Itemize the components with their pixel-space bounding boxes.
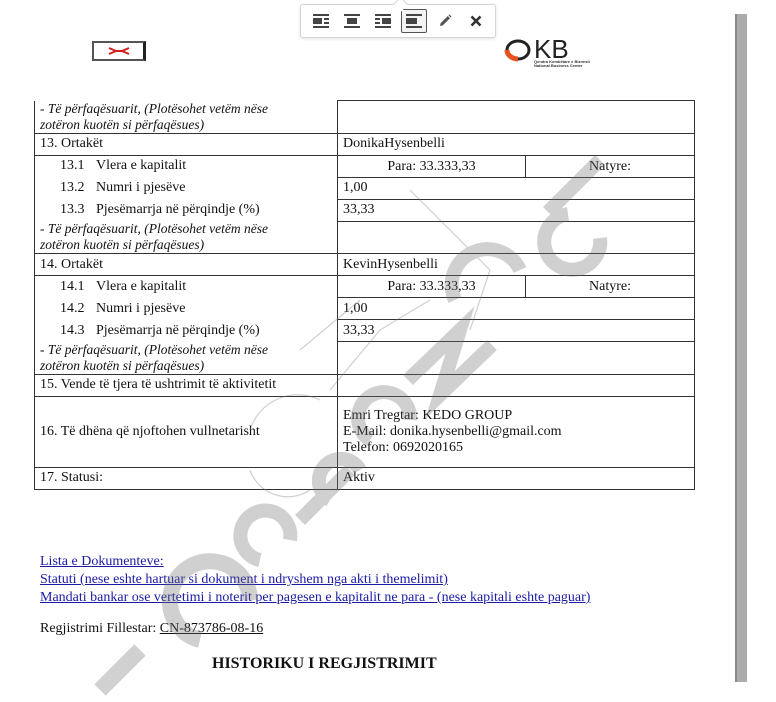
partner-label: 14. Ortakët [35, 254, 338, 276]
logo-subtitle: Qendra Kombëtare e Biznesit National Bus… [534, 60, 614, 68]
percentage-label: 13.3Pjesëmarrja në përqindje (%) [35, 199, 338, 221]
capital-value: Para: 33.333,33 Natyre: [338, 276, 695, 298]
phone: Telefon: 0692020165 [343, 440, 689, 456]
representative-label: - Të përfaqësuarit, (Plotësohet vetëm në… [35, 221, 338, 254]
capital-money: Para: 33.333,33 [338, 276, 526, 297]
shares-label: 13.2Numri i pjesëve [35, 177, 338, 199]
percentage-value: 33,33 [338, 320, 695, 342]
align-center-icon [344, 14, 360, 28]
table-row: 14. Ortakët KevinHysenbelli [35, 254, 695, 276]
vertical-scrollbar[interactable] [735, 14, 747, 682]
align-right-button[interactable] [370, 9, 396, 33]
status-value: Aktiv [338, 467, 695, 489]
history-title: HISTORIKU I REGJISTRIMIT [212, 655, 437, 673]
table-row: - Të përfaqësuarit, (Plotësohet vetëm në… [35, 221, 695, 254]
partner-name: KevinHysenbelli [338, 254, 695, 276]
okb-logo: KB Qendra Kombëtare e Biznesit National … [504, 38, 614, 70]
representative-value [338, 342, 695, 375]
capital-money: Para: 33.333,33 [338, 156, 526, 177]
table-row: 14.3Pjesëmarrja në përqindje (%) 33,33 [35, 320, 695, 342]
align-center-button[interactable] [339, 9, 365, 33]
status-label: 17. Statusi: [35, 467, 338, 489]
close-icon [470, 15, 482, 27]
initial-registration: Regjistrimi Fillestar: CN-873786-08-16 [40, 621, 263, 637]
initial-registration-label: Regjistrimi Fillestar: [40, 621, 160, 636]
documents-header-link[interactable]: Lista e Dokumenteve: [40, 553, 590, 571]
table-row: - Të përfaqësuarit, (Plotësohet vetëm në… [35, 101, 695, 134]
align-left-button[interactable] [308, 9, 334, 33]
capital-value: Para: 33.333,33 Natyre: [338, 155, 695, 177]
voluntary-info-value: Emri Tregtar: KEDO GROUP E-Mail: donika.… [338, 396, 695, 467]
align-right-icon [375, 14, 391, 28]
table-row: 14.2Numri i pjesëve 1,00 [35, 298, 695, 320]
other-locations-label: 15. Vende të tjera të ushtrimit të aktiv… [35, 374, 338, 396]
trade-name: Emri Tregtar: KEDO GROUP [343, 408, 689, 424]
capital-nature: Natyre: [526, 276, 694, 297]
bank-mandate-link[interactable]: Mandati bankar ose vertetimi i noterit p… [40, 589, 590, 607]
broken-image[interactable] [92, 41, 146, 61]
registration-code: CN-873786-08-16 [160, 621, 263, 636]
edit-button[interactable] [432, 9, 458, 33]
email: E-Mail: donika.hysenbelli@gmail.com [343, 424, 689, 440]
pencil-icon [438, 14, 452, 28]
align-left-icon [313, 14, 329, 28]
representative-value [338, 101, 695, 134]
capital-label: 14.1Vlera e kapitalit [35, 276, 338, 298]
logo-o-mark [504, 38, 532, 62]
table-row: 13.2Numri i pjesëve 1,00 [35, 177, 695, 199]
table-row: - Të përfaqësuarit, (Plotësohet vetëm në… [35, 342, 695, 375]
table-row: 15. Vende të tjera të ushtrimit të aktiv… [35, 374, 695, 396]
table-row: 13. Ortakët DonikaHysenbelli [35, 133, 695, 155]
percentage-label: 14.3Pjesëmarrja në përqindje (%) [35, 320, 338, 342]
align-none-button[interactable] [401, 9, 427, 33]
shares-label: 14.2Numri i pjesëve [35, 298, 338, 320]
shares-value: 1,00 [338, 298, 695, 320]
broken-image-icon [108, 46, 130, 56]
registry-table: - Të përfaqësuarit, (Plotësohet vetëm në… [34, 100, 695, 490]
document-list: Lista e Dokumenteve: Statuti (nese eshte… [40, 553, 590, 607]
shares-value: 1,00 [338, 177, 695, 199]
partner-label: 13. Ortakët [35, 133, 338, 155]
other-locations-value [338, 374, 695, 396]
remove-button[interactable] [463, 9, 489, 33]
capital-nature: Natyre: [526, 156, 694, 177]
partner-name: DonikaHysenbelli [338, 133, 695, 155]
table-row: 13.3Pjesëmarrja në përqindje (%) 33,33 [35, 199, 695, 221]
voluntary-info-label: 16. Të dhëna që njoftohen vullnetarisht [35, 396, 338, 467]
table-row: 13.1Vlera e kapitalit Para: 33.333,33 Na… [35, 155, 695, 177]
table-row: 14.1Vlera e kapitalit Para: 33.333,33 Na… [35, 276, 695, 298]
representative-label: - Të përfaqësuarit, (Plotësohet vetëm në… [35, 101, 338, 134]
document-page: KB Qendra Kombëtare e Biznesit National … [0, 0, 736, 702]
representative-value [338, 221, 695, 254]
representative-label: - Të përfaqësuarit, (Plotësohet vetëm në… [35, 342, 338, 375]
table-row: 16. Të dhëna që njoftohen vullnetarisht … [35, 396, 695, 467]
statute-link[interactable]: Statuti (nese eshte hartuar si dokument … [40, 571, 590, 589]
table-row: 17. Statusi: Aktiv [35, 467, 695, 489]
percentage-value: 33,33 [338, 199, 695, 221]
image-toolbar [300, 4, 496, 38]
capital-label: 13.1Vlera e kapitalit [35, 155, 338, 177]
align-none-icon [406, 14, 422, 28]
